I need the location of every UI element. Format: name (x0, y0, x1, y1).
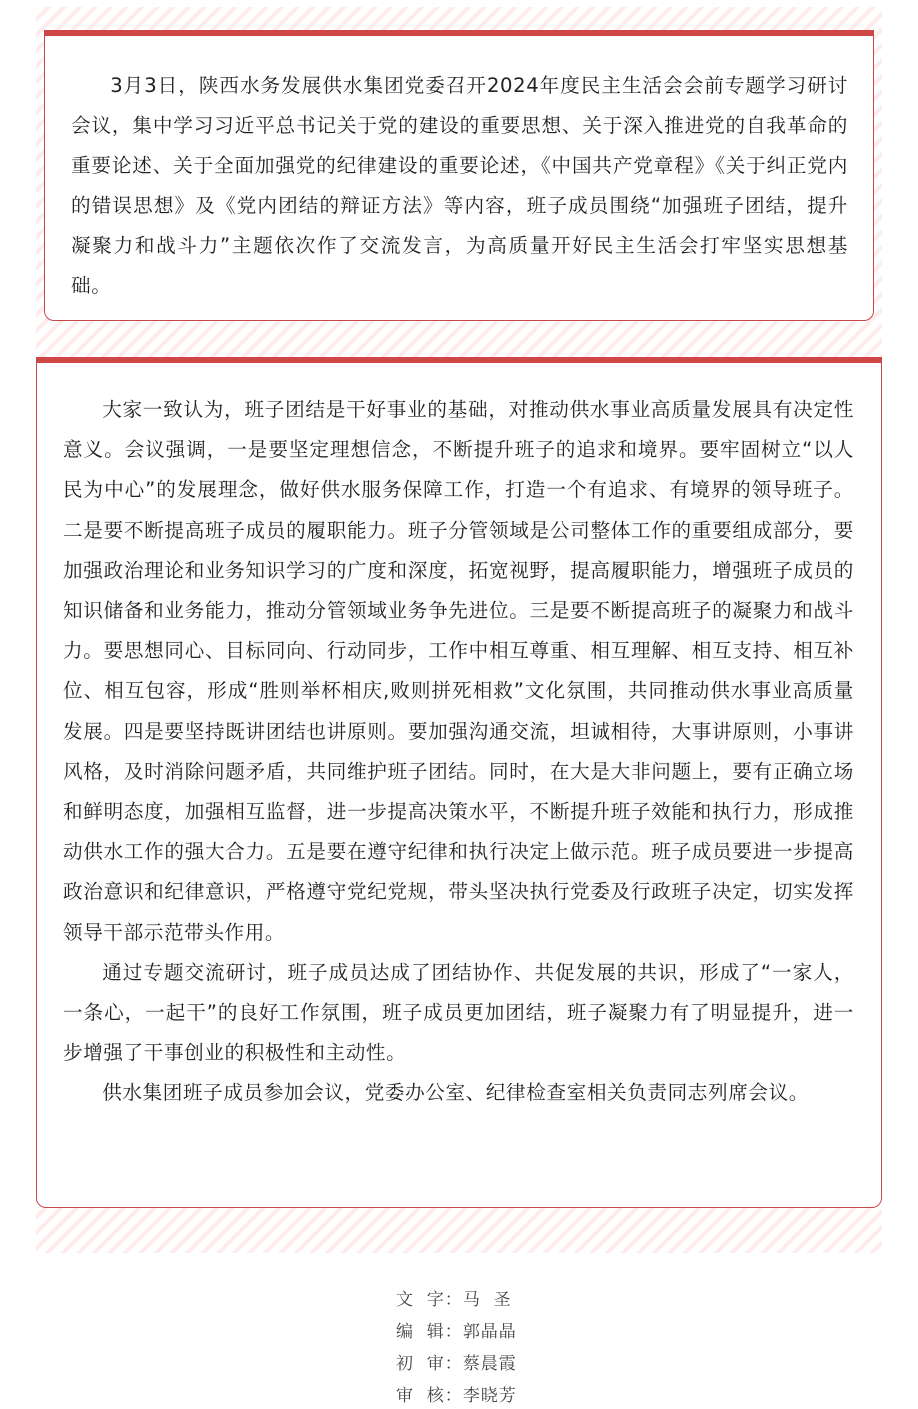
credit-writer: 文 字：马 圣 (396, 1284, 517, 1316)
body-paragraph: 大家一致认为，班子团结是干好事业的基础，对推动供水事业高质量发展具有决定性意义。… (63, 390, 854, 953)
intro-card: 3月3日，陕西水务发展供水集团党委召开2024年度民主生活会会前专题学习研讨会议… (44, 30, 874, 321)
body-paragraph: 供水集团班子成员参加会议，党委办公室、纪律检查室相关负责同志列席会议。 (63, 1073, 854, 1113)
credit-value: 蔡晨霞 (463, 1354, 517, 1374)
intro-paragraph: 3月3日，陕西水务发展供水集团党委召开2024年度民主生活会会前专题学习研讨会议… (71, 66, 848, 306)
credit-label: 编 辑： (396, 1316, 463, 1348)
credit-value: 李晓芳 (463, 1386, 517, 1406)
credit-value: 郭晶晶 (463, 1322, 517, 1342)
credit-label: 文 字： (396, 1284, 463, 1316)
credit-first-review: 初 审：蔡晨霞 (396, 1348, 517, 1380)
credit-label: 初 审： (396, 1348, 463, 1380)
credit-editor: 编 辑：郭晶晶 (396, 1316, 517, 1348)
credit-final-review: 审 核：李晓芳 (396, 1380, 517, 1409)
credit-label: 审 核： (396, 1380, 463, 1409)
credits-block: 文 字：马 圣 编 辑：郭晶晶 初 审：蔡晨霞 审 核：李晓芳 (396, 1284, 517, 1409)
body-card: 大家一致认为，班子团结是干好事业的基础，对推动供水事业高质量发展具有决定性意义。… (36, 357, 882, 1208)
credit-value: 马 圣 (463, 1290, 512, 1310)
body-paragraph: 通过专题交流研讨，班子成员达成了团结协作、共促发展的共识，形成了“一家人，一条心… (63, 953, 854, 1074)
